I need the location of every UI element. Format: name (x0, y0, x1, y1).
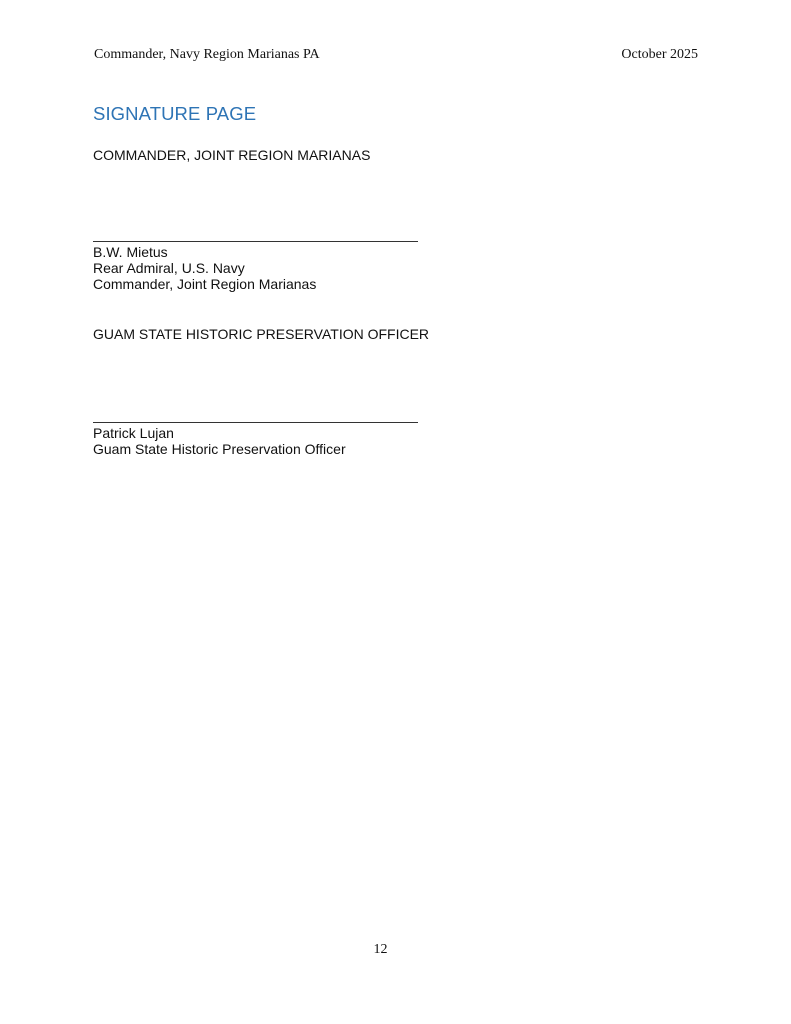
signature-line-commander (93, 241, 418, 242)
signatory-block-shpo: Patrick Lujan Guam State Historic Preser… (93, 425, 346, 457)
page-title: SIGNATURE PAGE (93, 103, 256, 125)
signatory-rank: Rear Admiral, U.S. Navy (93, 260, 316, 276)
signatory-block-commander: B.W. Mietus Rear Admiral, U.S. Navy Comm… (93, 244, 316, 292)
header-organization: Commander, Navy Region Marianas PA (94, 47, 320, 63)
header-date: October 2025 (621, 47, 698, 63)
signatory-heading-shpo: GUAM STATE HISTORIC PRESERVATION OFFICER (93, 326, 429, 342)
signatory-title: Guam State Historic Preservation Officer (93, 441, 346, 457)
signature-line-shpo (93, 422, 418, 423)
page-number: 12 (374, 942, 388, 957)
page-footer: 12 (0, 942, 791, 958)
signatory-title: Commander, Joint Region Marianas (93, 276, 316, 292)
signatory-name: Patrick Lujan (93, 425, 346, 441)
document-page: Commander, Navy Region Marianas PA Octob… (0, 0, 791, 1024)
signatory-heading-commander: COMMANDER, JOINT REGION MARIANAS (93, 147, 370, 163)
signatory-name: B.W. Mietus (93, 244, 316, 260)
